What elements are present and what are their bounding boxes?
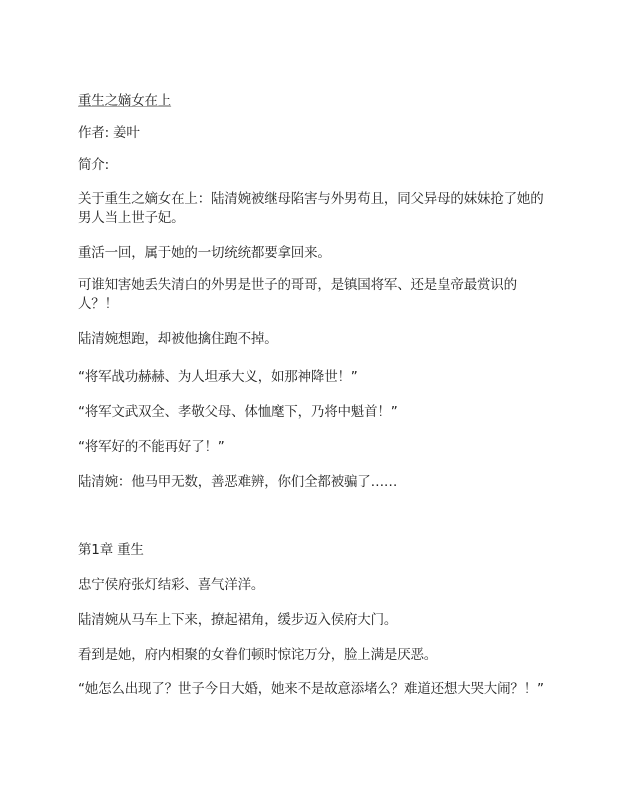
intro-paragraph: 陆清婉想跑，却被他擒住跑不掉。	[78, 330, 548, 349]
intro-paragraph: “将军战功赫赫、为人坦承大义，如那神降世！”	[78, 368, 548, 387]
intro-paragraph: 关于重生之嫡女在上：陆清婉被继母陷害与外男苟且，同父异母的妹妹抢了她的男人当上世…	[78, 190, 548, 228]
chapter-paragraph: 陆清婉从马车上下来，撩起裙角，缓步迈入侯府大门。	[78, 611, 548, 630]
book-title: 重生之嫡女在上	[78, 92, 548, 111]
intro-paragraph: 陆清婉：他马甲无数，善恶难辨，你们全都被骗了……	[78, 473, 548, 492]
chapter-heading: 第1章 重生	[78, 541, 548, 560]
chapter-paragraph: “她怎么出现了？世子今日大婚，她来不是故意添堵么？难道还想大哭大闹？！”	[78, 680, 548, 699]
intro-paragraph: 可谁知害她丢失清白的外男是世子的哥哥，是镇国将军、还是皇帝最赏识的人？！	[78, 276, 548, 314]
intro-label: 简介:	[78, 156, 548, 175]
intro-paragraph: 重活一回，属于她的一切统统都要拿回来。	[78, 244, 548, 263]
intro-paragraph: “将军文武双全、孝敬父母、体恤麾下，乃将中魁首！”	[78, 403, 548, 422]
chapter-paragraph: 看到是她，府内相聚的女眷们顿时惊诧万分，脸上满是厌恶。	[78, 646, 548, 665]
chapter-paragraph: 忠宁侯府张灯结彩、喜气洋洋。	[78, 576, 548, 595]
author-line: 作者: 姜叶	[78, 124, 548, 143]
intro-paragraph: “将军好的不能再好了！”	[78, 438, 548, 457]
